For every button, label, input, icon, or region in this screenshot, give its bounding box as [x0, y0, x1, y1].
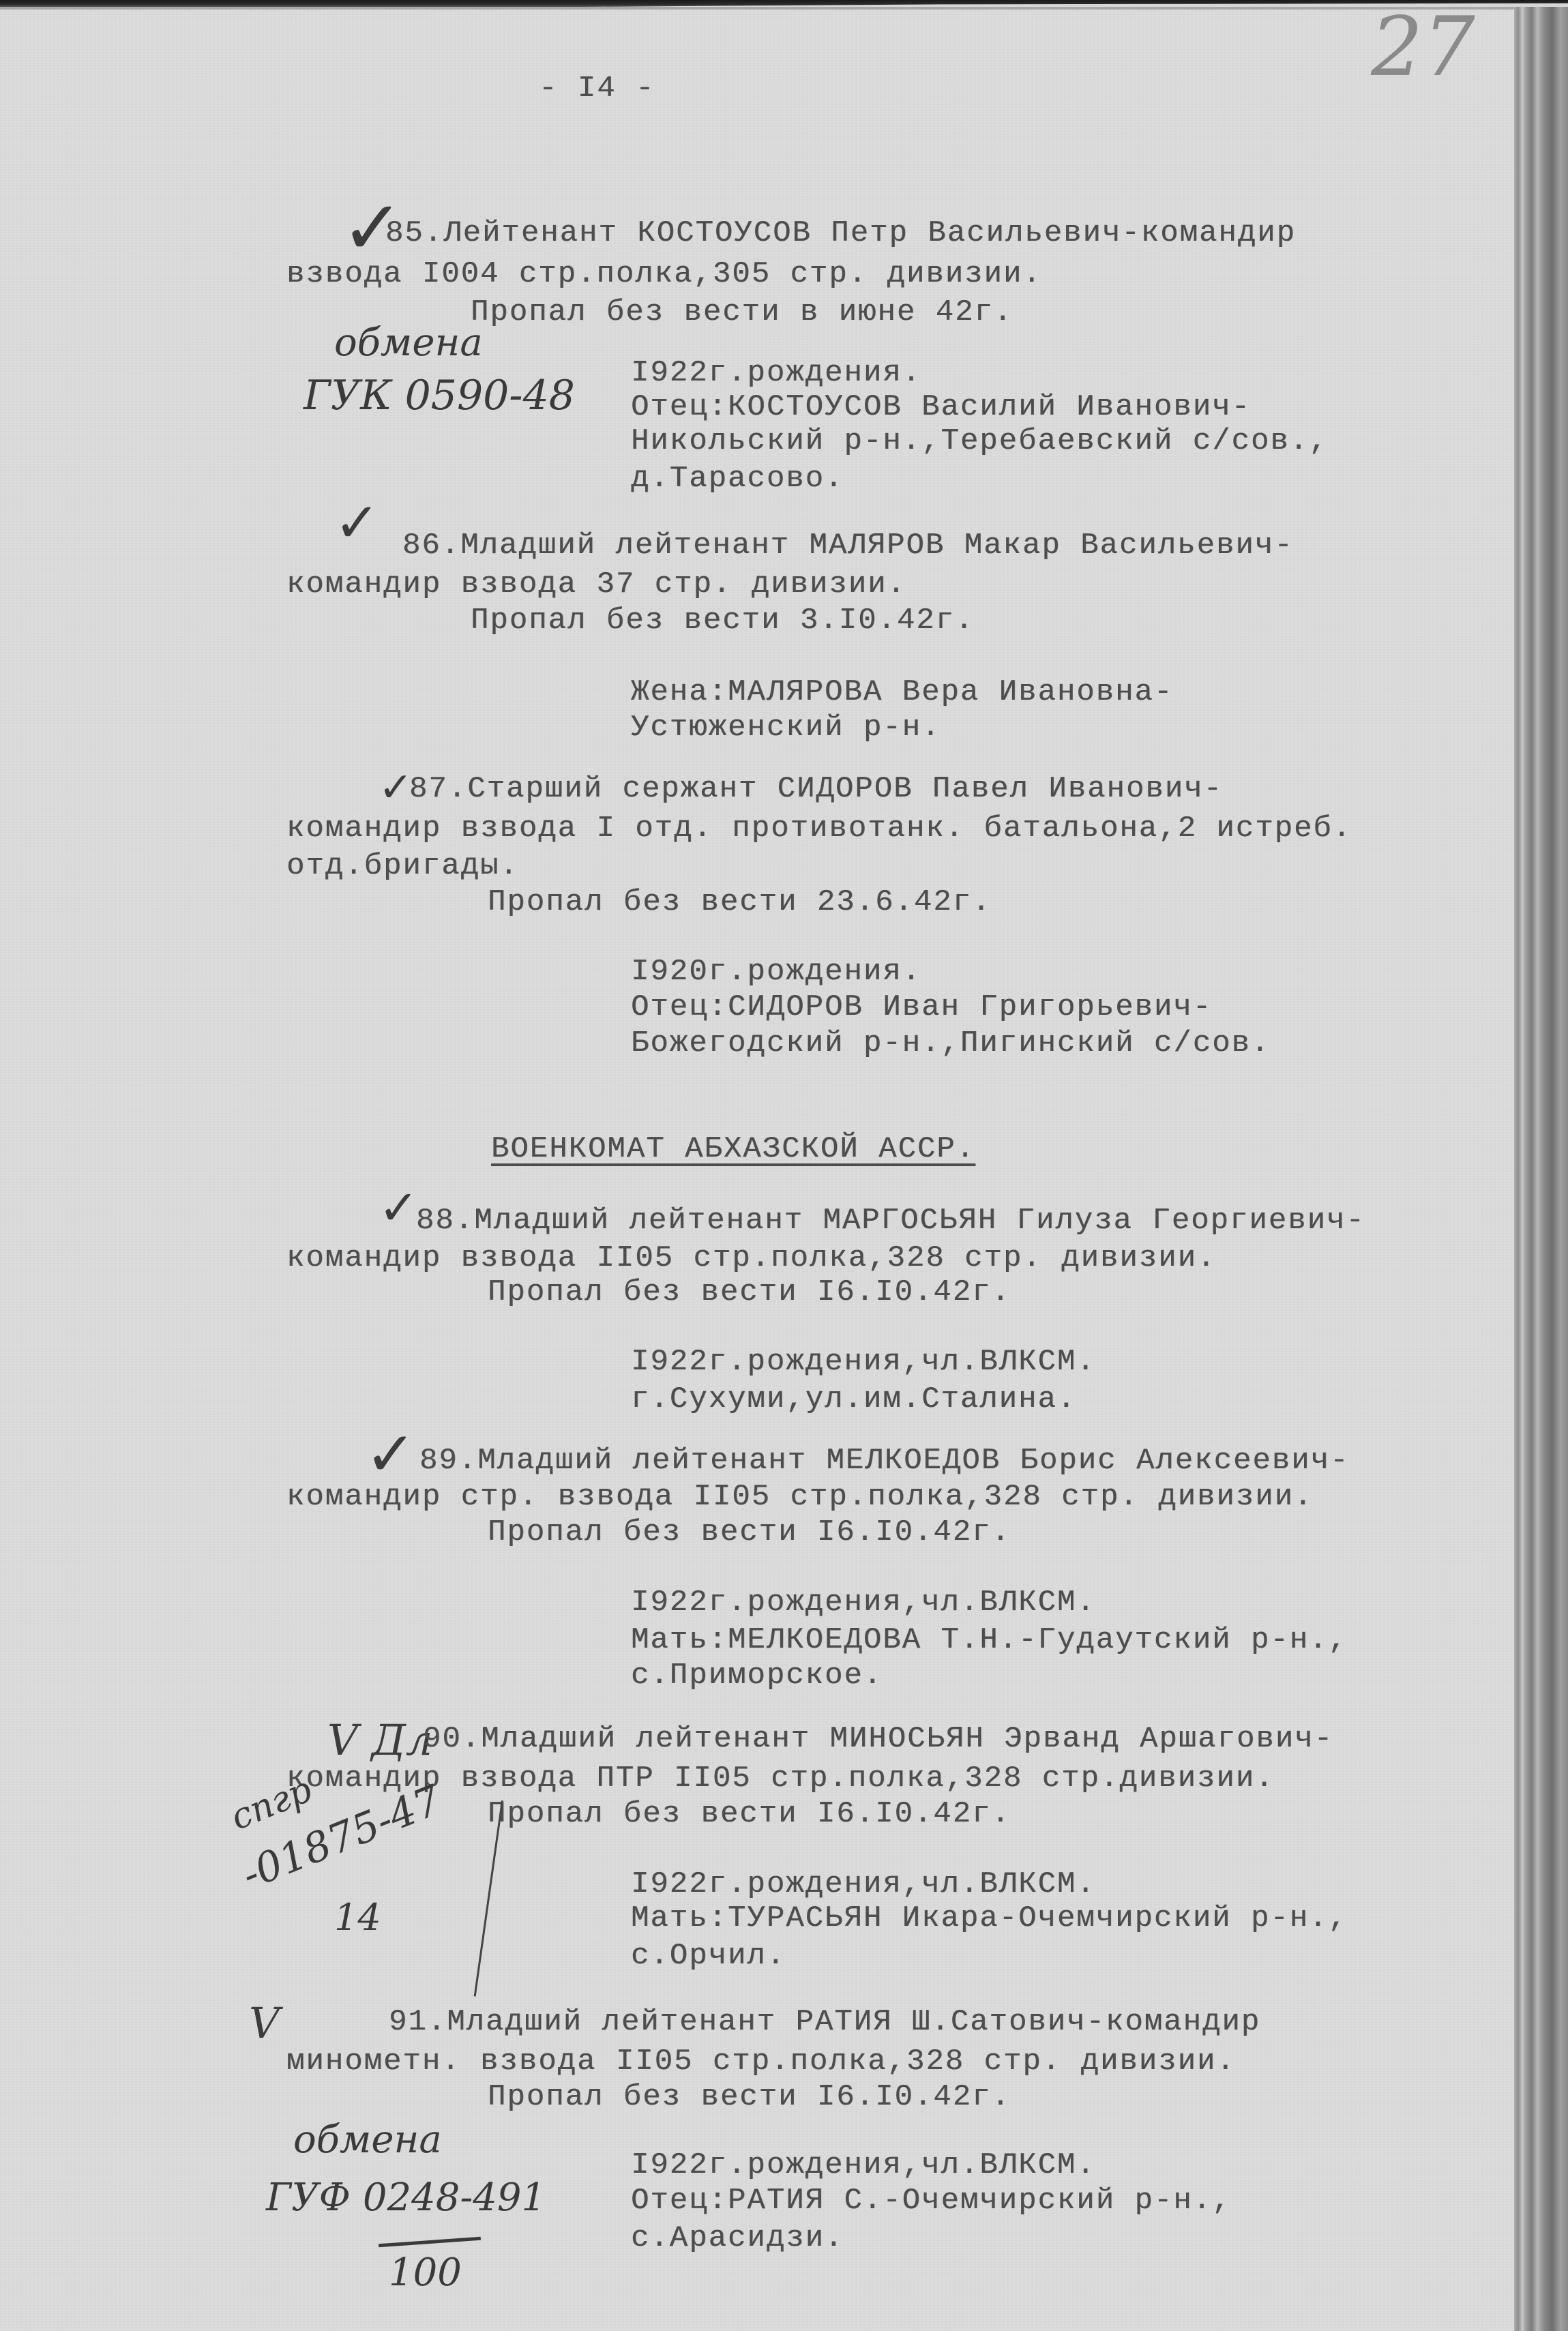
entry-91-margin-note-3: 100 — [389, 2251, 462, 2295]
entry-89-detail-3: с.Приморское. — [631, 1655, 883, 1696]
entry-90-margin-note-3: 14 — [334, 1896, 381, 1939]
entry-91-line-3: Пропал без вести I6.I0.42г. — [488, 2077, 1011, 2118]
entry-91-detail-3: с.Арасидзи. — [631, 2218, 844, 2259]
entry-90-line-3: Пропал без вести I6.I0.42г. — [488, 1794, 1011, 1835]
check-mark-icon: ✓ — [379, 764, 413, 812]
entry-86-detail-2: Устюженский р-н. — [631, 707, 941, 748]
entry-91-margin-note-1: обмена — [293, 2118, 442, 2162]
entry-87-line-1: 87.Старший сержант СИДОРОВ Павел Иванови… — [409, 769, 1223, 810]
section-heading: ВОЕНКОМАТ АБХАЗСКОЙ АССР. — [491, 1129, 975, 1170]
entry-85-line-2: взвода I004 стр.полка,305 стр. дивизии. — [286, 254, 1042, 295]
entry-90-detail-2: Мать:ТУРАСЬЯН Икара-Очемчирский р-н., — [631, 1898, 1348, 1939]
entry-86-detail-1: Жена:МАЛЯРОВА Вера Ивановна- — [631, 672, 1173, 713]
entry-89-detail-2: Мать:МЕЛКОЕДОВА Т.Н.-Гудаутский р-н., — [631, 1620, 1348, 1661]
entry-91-margin-note-2: ГУФ 0248-491 — [266, 2176, 546, 2220]
entry-86-line-2: командир взвода 37 стр. дивизии. — [286, 564, 906, 605]
entry-87-line-2: командир взвода I отд. противотанк. бата… — [286, 808, 1352, 849]
entry-90-detail-3: с.Орчил. — [631, 1935, 786, 1976]
entry-91-line-1: 91.Младший лейтенант РАТИЯ Ш.Сатович-ком… — [389, 2002, 1260, 2043]
check-mark-icon: ✓ — [334, 491, 380, 554]
entry-86-line-1: 86.Младший лейтенант МАЛЯРОВ Макар Васил… — [402, 525, 1294, 566]
entry-87-detail-1: I920г.рождения. — [631, 951, 921, 992]
entry-89-line-2: командир стр. взвода II05 стр.полка,328 … — [286, 1476, 1313, 1517]
entry-85-detail-4: д.Тарасово. — [631, 458, 844, 499]
folio-number: 27 — [1371, 0, 1475, 95]
page-number: - I4 - — [539, 68, 655, 109]
entry-91-line-2: минометн. взвода II05 стр.полка,328 стр.… — [286, 2041, 1236, 2082]
entry-91-detail-1: I922г.рождения,чл.ВЛКСМ. — [631, 2145, 1096, 2186]
entry-86-line-3: Пропал без вести 3.I0.42г. — [471, 600, 975, 641]
entry-85-line-3: Пропал без вести в июне 42г. — [471, 292, 1013, 333]
entry-87-detail-2: Отец:СИДОРОВ Иван Григорьевич- — [631, 987, 1212, 1028]
entry-85-margin-note-1: обмена — [334, 321, 483, 365]
entry-85-line-1: 85.Лейтенант КОСТОУСОВ Петр Васильевич-к… — [385, 213, 1296, 254]
entry-85-detail-3: Никольский р-н.,Теребаевский с/сов., — [631, 421, 1329, 462]
entry-88-line-1: 88.Младший лейтенант МАРГОСЬЯН Гилуза Ге… — [416, 1200, 1365, 1241]
page-binding-edge — [1514, 7, 1568, 2331]
entry-88-detail-1: I922г.рождения,чл.ВЛКСМ. — [631, 1341, 1096, 1382]
entry-88-line-3: Пропал без вести I6.I0.42г. — [488, 1272, 1011, 1313]
entry-87-detail-3: Божегодский р-н.,Пигинский с/сов. — [631, 1023, 1270, 1064]
entry-88-detail-2: г.Сухуми,ул.им.Сталина. — [631, 1379, 1076, 1420]
entry-90-line-1: 90.Младший лейтенант МИНОСЬЯН Эрванд Арш… — [423, 1719, 1333, 1760]
entry-91-detail-2: Отец:РАТИЯ С.-Очемчирский р-н., — [631, 2180, 1232, 2221]
check-mark-icon: V — [249, 1998, 280, 2048]
entry-87-line-3: отд.бригады. — [286, 846, 519, 887]
entry-89-line-3: Пропал без вести I6.I0.42г. — [488, 1512, 1011, 1553]
check-mark-icon: ✓ — [379, 1180, 419, 1236]
entry-89-detail-1: I922г.рождения,чл.ВЛКСМ. — [631, 1582, 1096, 1623]
entry-85-margin-note-2: ГУК 0590-48 — [304, 372, 575, 419]
entry-87-line-4: Пропал без вести 23.6.42г. — [488, 882, 992, 923]
entry-89-line-1: 89.Младший лейтенант МЕЛКОЕДОВ Борис Але… — [419, 1440, 1349, 1481]
